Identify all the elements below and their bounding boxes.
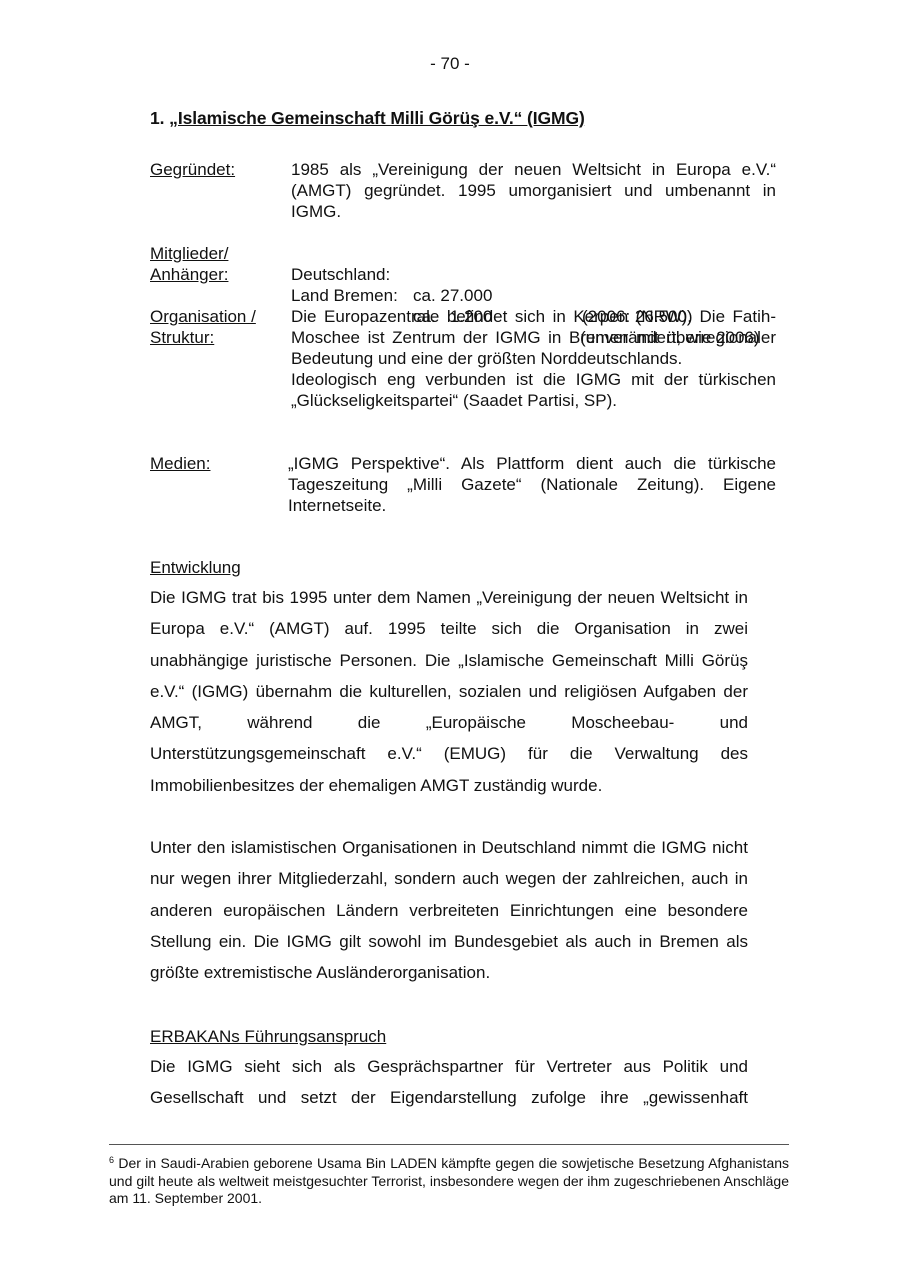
organisation-label-line1: Organisation / <box>150 306 290 327</box>
fact-label-media: Medien: <box>150 453 290 474</box>
footnote-text: Der in Saudi-Arabien geborene Usama Bin … <box>109 1155 789 1206</box>
footnote: 6 Der in Saudi-Arabien geborene Usama Bi… <box>109 1152 789 1208</box>
body-paragraph: Die IGMG sieht sich als Gesprächspartner… <box>150 1051 748 1114</box>
fact-label-founded: Gegründet: <box>150 159 290 180</box>
fact-value-founded: 1985 als „Vereinigung der neuen Weltsich… <box>291 159 776 222</box>
fact-label-members: Mitglieder/ Anhänger: <box>150 243 290 285</box>
fact-label-organisation: Organisation / Struktur: <box>150 306 290 348</box>
members-region: Land Bremen: <box>291 285 398 306</box>
organisation-paragraph: Ideologisch eng verbunden ist die IGMG m… <box>291 369 776 411</box>
members-label-line2: Anhänger: <box>150 264 290 285</box>
section-number: 1. <box>150 108 164 128</box>
organisation-paragraph: Die Europazentrale befindet sich in Kerp… <box>291 306 776 369</box>
fact-value-organisation: Die Europazentrale befindet sich in Kerp… <box>291 306 776 411</box>
founded-text: 1985 als „Vereinigung der neuen Weltsich… <box>291 159 776 222</box>
members-label-line1: Mitglieder/ <box>150 243 290 264</box>
body-paragraph: Unter den islamistischen Organisationen … <box>150 832 748 988</box>
footnote-marker: 6 <box>109 1155 114 1165</box>
page-number: - 70 - <box>0 54 900 74</box>
section-title-text: „Islamische Gemeinschaft Milli Görüş e.V… <box>169 108 585 128</box>
body-paragraph: Die IGMG trat bis 1995 unter dem Namen „… <box>150 582 748 801</box>
media-text: „IGMG Perspektive“. Als Plattform dient … <box>288 453 776 516</box>
subheading-erbakan: ERBAKANs Führungsanspruch <box>150 1027 386 1047</box>
organisation-label-line2: Struktur: <box>150 327 290 348</box>
members-row: Deutschland: ca. 27.000 (2006: 26.500) <box>291 243 776 264</box>
members-count: ca. 27.000 <box>413 285 492 306</box>
members-row: Land Bremen: ca. 1.200 (unverändert, wie… <box>291 264 776 285</box>
section-title: 1. „Islamische Gemeinschaft Milli Görüş … <box>150 108 585 128</box>
fact-value-media: „IGMG Perspektive“. Als Plattform dient … <box>288 453 776 516</box>
fact-value-members: Deutschland: ca. 27.000 (2006: 26.500) L… <box>291 243 776 285</box>
subheading-entwicklung: Entwicklung <box>150 558 241 578</box>
footnote-divider <box>109 1144 789 1145</box>
